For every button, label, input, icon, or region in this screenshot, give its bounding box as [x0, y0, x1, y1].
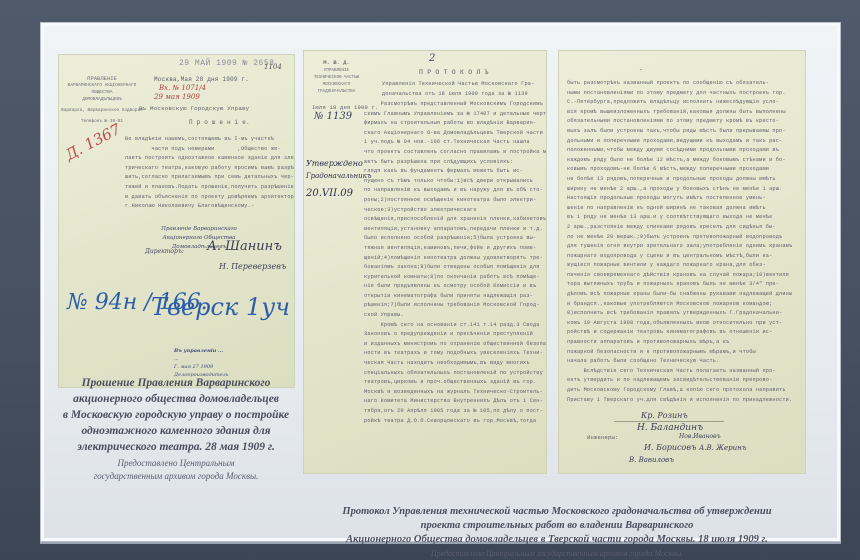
body-line: вентиляцiи,установку аппаратовъ,передачи… — [364, 225, 547, 235]
org-name: Правленiе Варваринскаго — [139, 225, 259, 234]
body-line: Кромѣ сего на основанiи ст.141 т.14 разд… — [364, 321, 547, 331]
body-line: жетъ быть разрѣшена при слѣдующихъ услов… — [364, 158, 547, 168]
letterhead-line: Телефонъ № 38-01 — [61, 118, 143, 125]
document-protocol: 2 М. В. Д. УПРАВЛЕНIЕ ТЕХНИЧЕСКОЮ ЧАСТЬЮ… — [303, 50, 547, 474]
stamp-line: Г. мая 27 1909 — [174, 363, 229, 371]
body-line: обязательными постановленiями по этому п… — [567, 117, 792, 127]
body-line: С.-Петербурга,предложить владѣльцу испол… — [567, 98, 792, 108]
body-line: каждомъ ряду было не болѣе 12 мѣстъ,а ме… — [567, 156, 792, 166]
caption-line: Протокол Управления технической частью М… — [293, 505, 821, 519]
body-line: для тушенiя огня внутри зрительнаго зала… — [567, 242, 792, 252]
letterhead-line: МОСКОВСКАГО ГРАДОНАЧАЛЬСТВА — [304, 82, 369, 96]
body-line: театровъ,циркомъ и проч.общественныхъ зд… — [364, 378, 547, 388]
body-line: ло не менѣе 20 вершк.;9)былъ устроенъ пр… — [567, 233, 792, 243]
stamp-line: Въ управленiи ... — [174, 347, 229, 355]
body-line: скаго Акцiонернаго О-ва Домовладѣльцевъ … — [364, 129, 547, 139]
registry-note: Вх. № 1071/4 — [159, 84, 206, 92]
caption-protocol: Протокол Управления технической частью М… — [293, 505, 821, 560]
body-line: дѣломъ всѣ пожарные краны были-бы снабже… — [567, 290, 792, 300]
body-line: начала работъ были сообщено Техническую … — [567, 357, 792, 367]
body-line: ческая Часть находитъ необходимымъ,въ ви… — [364, 359, 547, 369]
body-line: ности въ театрахъ и тому подобныхъ увесе… — [364, 349, 547, 359]
corner-note: 1104 — [264, 63, 282, 71]
body-line: бованiямъ закона;8)были отведены особыя … — [364, 263, 547, 273]
body-line: тября,отъ 20 Апрѣля 1905 года за № 105,п… — [364, 407, 547, 417]
body-line: фирмахъ на строительныя работы во владѣн… — [364, 119, 547, 129]
body-line: дольными и поперечными проходами,ведущим… — [567, 137, 792, 147]
protocol-body: Разсмотрѣвъ представленный Московскимъ Г… — [364, 100, 547, 426]
letterhead-line: Варварка, Варваринское подворье — [61, 107, 143, 114]
body-line: правности аппаратовъ и противопожарныхъ … — [567, 338, 792, 348]
body-line: печенiя своевременнаго дѣйствiя крановъ … — [567, 271, 792, 281]
caption-line: электрического театра. 28 мая 1909 г. — [41, 439, 311, 455]
body-line: части подъ номерами ,Общество же- — [125, 145, 295, 155]
protocol-letterhead: М. В. Д. УПРАВЛЕНIЕ ТЕХНИЧЕСКОЮ ЧАСТЬЮ М… — [304, 59, 369, 96]
body-line: не болѣе 13 рядовъ,поперечные и продольн… — [567, 175, 792, 185]
exhibit-panel: 29 МАЙ 1909 № 2658 1104 ПРАВЛЕНIЕ ВАРВАР… — [40, 22, 841, 542]
body-line: ковымъ проходомъ-не болѣе 6 мѣстъ,между … — [567, 165, 792, 175]
body-line: вiя кромѣ вышеизложенныхъ требованiй,как… — [567, 108, 792, 118]
letterhead: ПРАВЛЕНIЕ ВАРВАРИНСКАГО АКЦIОНЕРНАГО ОБЩ… — [61, 75, 143, 125]
body-line: скимъ Главнымъ Управленiемъ за № 17407 и… — [364, 110, 547, 120]
protocol-continued-body: быть разсмотрѣнъ названный проектъ по со… — [567, 79, 792, 405]
body-line: Законовъ о предупрежденiи и пресѣченiи п… — [364, 330, 547, 340]
body-line: курительной комнаты;8)по окончанiи работ… — [364, 273, 547, 283]
caption-petition: Прошение Правления Варваринского акционе… — [41, 375, 311, 483]
body-line: и брандсп.,каковые употребляются Московс… — [567, 300, 792, 310]
letterhead-line: М. В. Д. — [304, 59, 369, 66]
body-line: было исполнено особой разрѣшенiи;5)была … — [364, 234, 547, 244]
body-line: тора вытяжныхъ трубъ и пожарныхъ крановъ… — [567, 280, 792, 290]
letterhead-line: ПРАВЛЕНIЕ — [61, 75, 143, 82]
body-line: Вслѣдствiе сего Техническая Часть полага… — [567, 367, 792, 377]
body-line: пожарной безопасности и к противопожарны… — [567, 348, 792, 358]
body-line: Разсмотрѣвъ представленный Московскимъ Г… — [364, 100, 547, 110]
signature-director: А. Шанинъ — [207, 239, 282, 254]
body-line: ными постановленiями по этому предмету д… — [567, 89, 792, 99]
protocol-heading: П Р О Т О К О Л Ъ — [419, 68, 489, 78]
caption-line: проекта строительных работ во владении В… — [293, 519, 821, 533]
engineer-signature: А.В. Жеринъ — [699, 444, 746, 452]
body-line: 2 арш.,разстоянiе между спинками рядовъ … — [567, 223, 792, 233]
caption-source: Предоставлено Центральным — [41, 457, 311, 470]
page-mark: 2 — [429, 53, 435, 64]
body-line: ширину не менѣе 2 арш.,а проходы у боков… — [567, 185, 792, 195]
document-protocol-continued: - быть разсмотрѣнъ названный проектъ по … — [558, 50, 806, 474]
caption-line: одноэтажного каменного здания для — [41, 423, 311, 439]
approval-note: Утверждено Градоначальникъ 20.VII.09 — [306, 153, 372, 205]
engineers-label: Инженеры: — [587, 433, 619, 443]
body-line: открытiи кинематографа были приняты надл… — [364, 292, 547, 302]
body-line: быть разсмотрѣнъ названный проектъ по со… — [567, 79, 792, 89]
body-line: выхъ залъ были устроены такъ,чтобы ряды … — [567, 127, 792, 137]
body-line: тежей и плановъ.Подать прошенiе,получить… — [125, 183, 295, 193]
handwritten-location: Тверск 1уч — [151, 293, 290, 321]
signature-second: Н. Переверзевъ — [219, 262, 286, 271]
body-line: 1 уч.подъ № 94 нов.-166 ст.Техническая Ч… — [364, 138, 547, 148]
engineer-signature: Кр. Розинъ — [641, 411, 688, 420]
body-line: тяжная вентиляцiя,каминовъ,печи,фойе и д… — [364, 244, 547, 254]
body-line: ектъ утвердить и по надлежащемъ засвидѣт… — [567, 376, 792, 386]
engineer-signature: И. Борисовъ — [644, 443, 696, 452]
body-line: Москвѣ и возведенныхъ на журналъ Техниче… — [364, 388, 547, 398]
engineer-signature: Нов.Ивановъ — [679, 433, 721, 440]
body-line: щенiй;4)помѣщенiя кинотеатра должны удов… — [364, 254, 547, 264]
caption-source: Предоставлено Центральным государственны… — [293, 547, 821, 560]
protocol-number: № 1139 — [314, 111, 352, 122]
body-line: лаетъ построить одноэтажное каменное зда… — [125, 154, 295, 164]
body-line: и давать объясненiя по проекту довѣряемъ… — [125, 193, 295, 203]
body-line: комъ 19 Августа 1908 года,объявленныхъ м… — [567, 319, 792, 329]
body-line: 8)исполнить всѣ требованiя правилъ утвер… — [567, 309, 792, 319]
body-line: роны;2)постоянное освѣщенiе кинотеатра б… — [364, 196, 547, 206]
caption-line: в Московскую городскую управу о постройк… — [41, 407, 311, 423]
body-line: освѣщенiя,приспособленiй для храненiя пл… — [364, 215, 547, 225]
letterhead-line: ВАРВАРИНСКАГО АКЦIОНЕРНАГО ОБЩЕСТВА — [61, 82, 143, 96]
subheading-line: доначальства отъ 18 iюля 1909 года за № … — [382, 90, 534, 100]
body-line: по направленiю къ выходамъ и въ наружу д… — [364, 186, 547, 196]
body-line: Приставу 1 Тверскаго уч.для свѣдѣнiя и и… — [567, 396, 792, 406]
body-line: и изданныхъ министромъ по охраненiю обще… — [364, 340, 547, 350]
handwritten-date: 29 мая 1909 — [154, 93, 200, 101]
body-line: г.Николаю Николаевичу Благовѣщенскому.- — [125, 202, 295, 212]
body-line: трическаго театра,каковую работу просимъ… — [125, 164, 295, 174]
body-line: жущiеся пожарные вентили у каждаго пожар… — [567, 261, 792, 271]
body-line: Настоящiя продольные проходы могутъ имѣт… — [567, 194, 792, 204]
addressee: Въ Московскую Городскую Управу — [139, 104, 249, 114]
engineer-signature: В. Вавиловъ — [629, 456, 674, 464]
engineer-signature: Н. Баландинъ — [637, 423, 703, 433]
petition-body: Во владѣнiи нашемъ,состоящемъ въ I-мъ уч… — [125, 135, 295, 212]
received-stamp: 29 МАЙ 1909 № 2658 — [179, 59, 274, 69]
body-line: положенными,чтобы между двумя сосѣдними … — [567, 146, 792, 156]
letterhead-line: ТЕХНИЧЕСКОЮ ЧАСТЬЮ — [304, 75, 369, 82]
body-line: что проектъ составленъ согласно правилам… — [364, 148, 547, 158]
caption-line: Прошение Правления Варваринского — [41, 375, 311, 391]
body-line: въ 1 ряду не менѣе 13 арш.и у соотвѣтств… — [567, 213, 792, 223]
red-registration-number: Д. 1367 — [62, 120, 123, 164]
protocol-subheading: Управленiя Технической Частью Московскаг… — [382, 80, 534, 99]
body-line: ройствѣ и содержанiи театровъ кинематогр… — [567, 328, 792, 338]
signature-stroke — [614, 421, 724, 422]
body-line: ской Управы. — [364, 311, 547, 321]
caption-line: акционерного общества домовладельцев — [41, 391, 311, 407]
letterhead-line: УПРАВЛЕНIЕ — [304, 68, 369, 75]
body-line: нiя были предъявлены къ осмотру особой К… — [364, 282, 547, 292]
body-line: рѣшенiя;7)были исполнены требованiя Моск… — [364, 301, 547, 311]
body-line: Во владѣнiи нашемъ,состоящемъ въ I-мъ уч… — [125, 135, 295, 145]
body-line: шенiе по направленiю къ одной ширинѣ не … — [567, 204, 792, 214]
document-petition: 29 МАЙ 1909 № 2658 1104 ПРАВЛЕНIЕ ВАРВАР… — [58, 54, 295, 388]
caption-source: государственным архивом города Москвы. — [41, 470, 311, 483]
body-line: спецiальныхъ обязательныхъ постановленiй… — [364, 369, 547, 379]
body-line: пожарнаго водопровода у сцены и въ центр… — [567, 252, 792, 262]
body-line: пущено съ тѣмъ только чтобы:1)всѣ двери … — [364, 177, 547, 187]
subheading-line: Управленiя Технической Частью Московскаг… — [382, 80, 534, 90]
body-line: ройкѣ театра Д.О.О.Скворцовскаго въ гор.… — [364, 417, 547, 427]
doc-heading: П р о ш е н i е. — [189, 118, 250, 128]
page-mark: - — [639, 67, 643, 77]
body-line: шить,согласно прилагаемымъ при семъ дета… — [125, 173, 295, 183]
stamp-line: ... — [174, 355, 229, 363]
body-line: ческое;3)устройство электрическаго — [364, 206, 547, 216]
body-line: наго Комитета Министерства Внутреннихъ Д… — [364, 397, 547, 407]
caption-line: Акционерного Общества домовладельцев в Т… — [293, 533, 821, 547]
letterhead-line: ДОМОВЛАДѢЛЬЦЕВЪ — [61, 96, 143, 103]
body-line: дить Московскому Городскому Главѣ,а копi… — [567, 386, 792, 396]
body-line: глядя какъ въ фундаментъ фермахъ можетъ … — [364, 167, 547, 177]
signature-role: Директоръ: — [145, 248, 184, 255]
